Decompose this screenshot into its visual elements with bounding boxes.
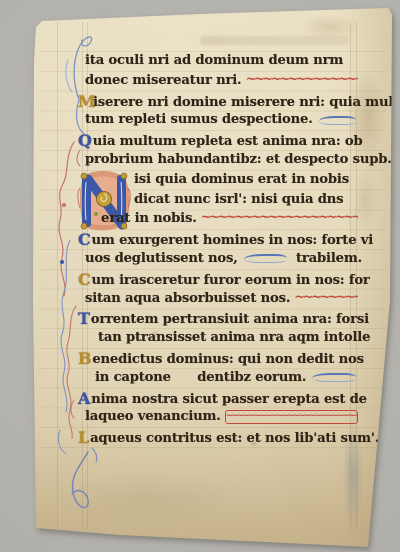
text-line-11: uos deglutissent nos,trabilem. xyxy=(85,249,362,269)
text-block: ita oculi nri ad dominum deum nrmdonec m… xyxy=(0,0,400,552)
line-filler-red-ornate-icon: ~~~~~~~~~~~~~~~~~~~~~~~~~~~~~~~~~~~~~~~~ xyxy=(225,410,358,424)
line-filler-red-icon: ~~~~~~~~~~~~~~~~~~~~~~~~~~~~~~~~~~~~~~~~ xyxy=(294,288,358,302)
line-filler-blue-icon xyxy=(319,116,356,125)
text-line-3: Miserere nri domine miserere nri: quia m… xyxy=(78,91,362,113)
leaf-shadow: ita oculi nri ad dominum deum nrmdonec m… xyxy=(0,0,400,552)
text-line-10: Cum exurgerent homines in nos: forte vi xyxy=(78,229,362,251)
line-text: laqueo venancium. xyxy=(85,407,221,427)
line-text: isi quia dominus erat in nobis xyxy=(134,170,349,190)
line-text: in captone dentibz eorum. xyxy=(95,368,306,388)
illuminated-initial-T: T xyxy=(78,309,90,329)
illuminated-initial-M: M xyxy=(78,92,92,112)
line-text: sitan aqua absorbuisset nos. xyxy=(85,289,290,309)
text-line-8: dicat nunc isrl': nisi quia dns xyxy=(134,190,362,210)
text-line-13: sitan aqua absorbuisset nos.~~~~~~~~~~~~… xyxy=(85,289,362,309)
text-line-19: laqueo venancium.~~~~~~~~~~~~~~~~~~~~~~~… xyxy=(85,407,362,427)
text-line-9: erat in nobis.~~~~~~~~~~~~~~~~~~~~~~~~~~… xyxy=(101,209,362,229)
line-filler-red-icon: ~~~~~~~~~~~~~~~~~~~~~~~~~~~~~~~~~~~~~~~~ xyxy=(201,208,358,222)
line-text: erat in nobis. xyxy=(101,209,197,229)
text-line-6: probrium habundantibz: et despecto supb. xyxy=(85,150,362,170)
text-line-17: in captone dentibz eorum. xyxy=(95,368,362,388)
illuminated-initial-C: C xyxy=(78,230,91,250)
illuminated-initial-C: C xyxy=(78,270,91,290)
line-text: uia multum repleta est anima nra: ob xyxy=(93,132,363,152)
line-text: aqueus contritus est: et nos lib'ati sum… xyxy=(90,429,379,449)
text-line-14: Torrentem pertransiuit anima nra: forsi xyxy=(78,308,362,330)
line-text: uos deglutissent nos, xyxy=(85,249,238,269)
line-filler-blue-icon xyxy=(312,373,356,382)
line-suffix-text: trabilem. xyxy=(296,249,362,269)
line-filler-red-icon: ~~~~~~~~~~~~~~~~~~~~~~~~~~~~~~~~~~~~~~~~ xyxy=(245,70,358,84)
text-line-2: donec misereatur nri.~~~~~~~~~~~~~~~~~~~… xyxy=(85,71,362,91)
text-line-15: tan ptransisset anima nra aqm intolle xyxy=(98,328,362,348)
text-line-1: ita oculi nri ad dominum deum nrm xyxy=(85,51,362,71)
manuscript-leaf: ita oculi nri ad dominum deum nrmdonec m… xyxy=(0,0,400,552)
text-line-5: Quia multum repleta est anima nra: ob xyxy=(78,130,362,152)
photo-canvas: ita oculi nri ad dominum deum nrmdonec m… xyxy=(0,0,400,552)
illuminated-initial-A: A xyxy=(78,389,90,409)
line-text: tum repleti sumus despectione. xyxy=(85,110,313,130)
text-line-4: tum repleti sumus despectione. xyxy=(85,110,362,130)
line-text: probrium habundantibz: et despecto supb. xyxy=(85,150,392,170)
text-line-16: Benedictus dominus: qui non dedit nos xyxy=(78,348,362,370)
illuminated-initial-B: B xyxy=(78,349,91,369)
illuminated-initial-L: L xyxy=(78,428,89,448)
line-text: ita oculi nri ad dominum deum nrm xyxy=(85,51,343,71)
text-line-20: Laqueus contritus est: et nos lib'ati su… xyxy=(78,427,362,449)
text-line-18: Anima nostra sicut passer erepta est de xyxy=(78,388,362,410)
line-text: tan ptransisset anima nra aqm intolle xyxy=(98,328,370,348)
illuminated-initial-Q: Q xyxy=(78,131,92,151)
line-text: dicat nunc isrl': nisi quia dns xyxy=(134,190,343,210)
line-filler-blue-icon xyxy=(244,254,287,263)
line-text: donec misereatur nri. xyxy=(85,71,241,91)
line-text: um exurgerent homines in nos: forte vi xyxy=(92,231,374,251)
text-line-7: isi quia dominus erat in nobis xyxy=(134,170,362,190)
